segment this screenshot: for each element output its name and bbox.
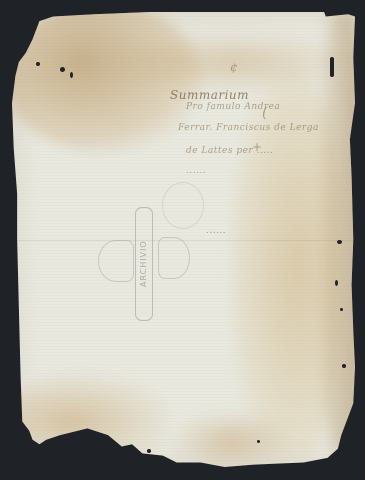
margin-mark-symbol: ¢ — [230, 60, 238, 74]
manuscript-line-5: ...... — [206, 226, 226, 236]
paper-tear — [330, 57, 334, 77]
wormhole — [60, 67, 65, 72]
manuscript-line-2: Ferrar. Franciscus de Lerga — [178, 123, 319, 133]
wormhole — [340, 308, 343, 311]
manuscript-page: Summarium Pro famulo Andrea Ferrar. Fran… — [12, 12, 355, 467]
margin-mark-bracket: ( — [262, 105, 268, 121]
wormhole — [70, 72, 73, 78]
manuscript-line-4: ...... — [186, 166, 206, 176]
wormhole — [335, 280, 338, 286]
pencil-sketch-right — [158, 237, 190, 279]
water-stain-bottom-mid — [172, 412, 292, 472]
water-stain-right-edge — [322, 12, 362, 452]
document-scan: Summarium Pro famulo Andrea Ferrar. Fran… — [0, 0, 365, 480]
document-heading: Summarium — [170, 88, 249, 102]
pencil-sketch-left — [98, 240, 134, 282]
wormhole — [342, 364, 346, 368]
wormhole — [147, 449, 151, 453]
water-stain-bottom-left — [2, 372, 172, 472]
wormhole — [337, 240, 342, 244]
archive-stamp: ARCHIVIO — [135, 207, 153, 321]
wormhole — [257, 440, 260, 443]
pencil-sketch-circle — [162, 182, 204, 229]
wormhole — [36, 62, 40, 66]
margin-mark-cross: + — [252, 140, 263, 154]
